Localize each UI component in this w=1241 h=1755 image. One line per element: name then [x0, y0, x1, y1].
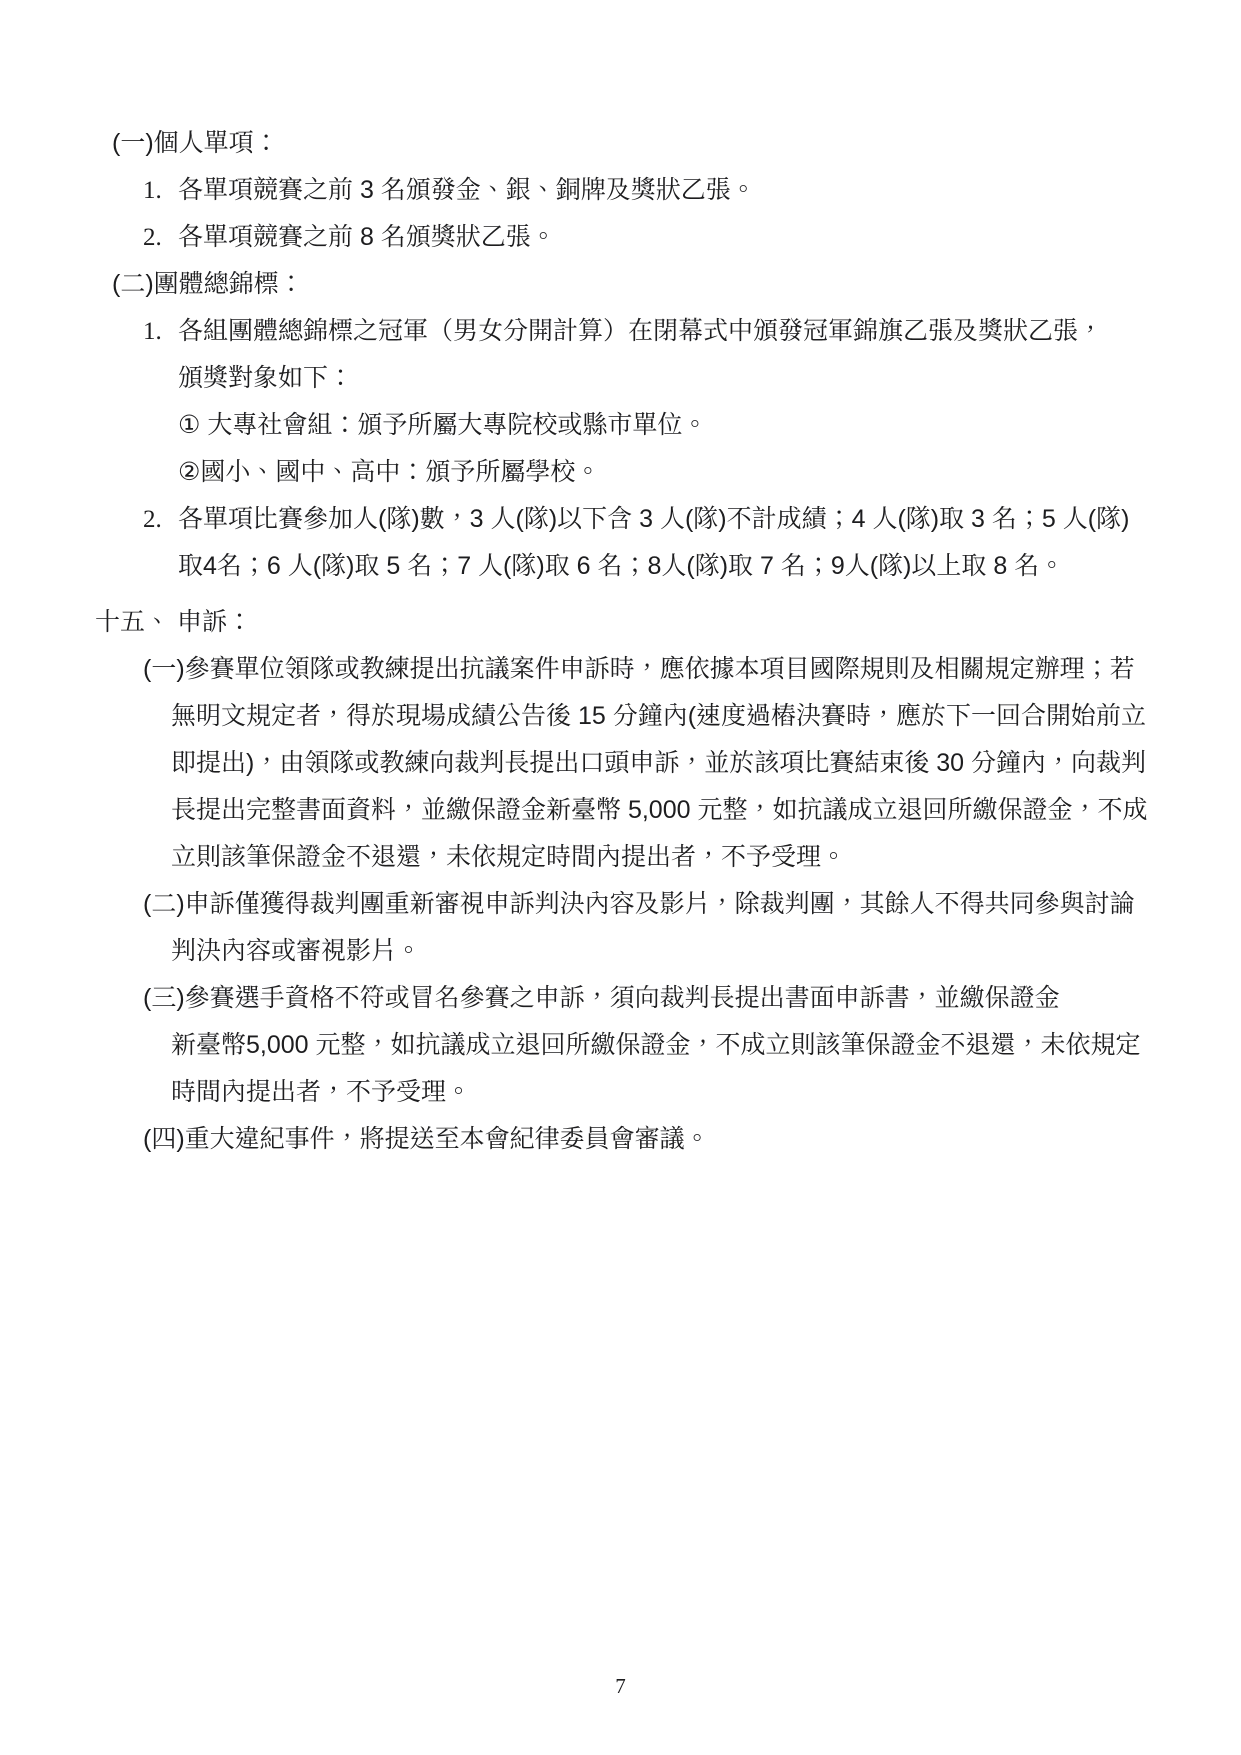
- list-item: 1.各組團體總錦標之冠軍（男女分開計算）在閉幕式中頒發冠軍錦旗乙張及獎狀乙張，: [143, 308, 1161, 355]
- section-heading-15: 十五、 申訴：: [95, 599, 1161, 646]
- list-item-text: 各組團體總錦標之冠軍（男女分開計算）在閉幕式中頒發冠軍錦旗乙張及獎狀乙張，: [178, 308, 1103, 355]
- appeal-item-4: (四)重大違紀事件，將提送至本會紀律委員會審議。: [143, 1116, 1161, 1163]
- circled-item-1: ① 大專社會組：頒予所屬大專院校或縣市單位。: [178, 402, 1161, 449]
- circled-item-2: ②國小、國中、高中：頒予所屬學校。: [178, 449, 1161, 496]
- continuation-line: 長提出完整書面資料，並繳保證金新臺幣 5,000 元整，如抗議成立退回所繳保證金…: [171, 787, 1161, 834]
- list-item: 2.各單項競賽之前 8 名頒獎狀乙張。: [143, 214, 1161, 261]
- list-item-text: 各單項比賽參加人(隊)數，3 人(隊)以下含 3 人(隊)不計成績；4 人(隊)…: [178, 496, 1129, 543]
- continuation-line: 新臺幣5,000 元整，如抗議成立退回所繳保證金，不成立則該筆保證金不退還，未依…: [171, 1022, 1161, 1069]
- continuation-line: 取4名；6 人(隊)取 5 名；7 人(隊)取 6 名；8人(隊)取 7 名；9…: [178, 543, 1161, 590]
- list-item-text: 各單項競賽之前 3 名頒發金、銀、銅牌及獎狀乙張。: [178, 167, 756, 214]
- section-item-1: (一)個人單項：: [112, 120, 1161, 167]
- continuation-line: 判決內容或審視影片。: [171, 928, 1161, 975]
- continuation-line: 頒獎對象如下：: [178, 355, 1161, 402]
- continuation-line: 立則該筆保證金不退還，未依規定時間內提出者，不予受理。: [171, 834, 1161, 881]
- continuation-line: 時間內提出者，不予受理。: [171, 1069, 1161, 1116]
- list-item-marker: 1.: [143, 167, 178, 214]
- list-item-marker: 2.: [143, 214, 178, 261]
- continuation-line: 無明文規定者，得於現場成績公告後 15 分鐘內(速度過樁決賽時，應於下一回合開始…: [171, 693, 1161, 740]
- appeal-item-2: (二)申訴僅獲得裁判團重新審視申訴判決內容及影片，除裁判團，其餘人不得共同參與討…: [143, 881, 1161, 928]
- page-number: 7: [0, 1672, 1241, 1700]
- appeal-item-1: (一)參賽單位領隊或教練提出抗議案件申訴時，應依據本項目國際規則及相關規定辦理；…: [143, 646, 1161, 693]
- continuation-line: 即提出)，由領隊或教練向裁判長提出口頭申訴，並於該項比賽結束後 30 分鐘內，向…: [171, 740, 1161, 787]
- list-item-marker: 2.: [143, 496, 178, 543]
- document-content: (一)個人單項： 1.各單項競賽之前 3 名頒發金、銀、銅牌及獎狀乙張。 2.各…: [95, 120, 1161, 1163]
- list-item-text: 各單項競賽之前 8 名頒獎狀乙張。: [178, 214, 556, 261]
- list-item-marker: 1.: [143, 308, 178, 355]
- list-item: 2.各單項比賽參加人(隊)數，3 人(隊)以下含 3 人(隊)不計成績；4 人(…: [143, 496, 1161, 543]
- document-page: (一)個人單項： 1.各單項競賽之前 3 名頒發金、銀、銅牌及獎狀乙張。 2.各…: [0, 0, 1241, 1755]
- appeal-item-3: (三)參賽選手資格不符或冒名參賽之申訴，須向裁判長提出書面申訴書，並繳保證金: [143, 975, 1161, 1022]
- list-item: 1.各單項競賽之前 3 名頒發金、銀、銅牌及獎狀乙張。: [143, 167, 1161, 214]
- section-item-2: (二)團體總錦標：: [112, 261, 1161, 308]
